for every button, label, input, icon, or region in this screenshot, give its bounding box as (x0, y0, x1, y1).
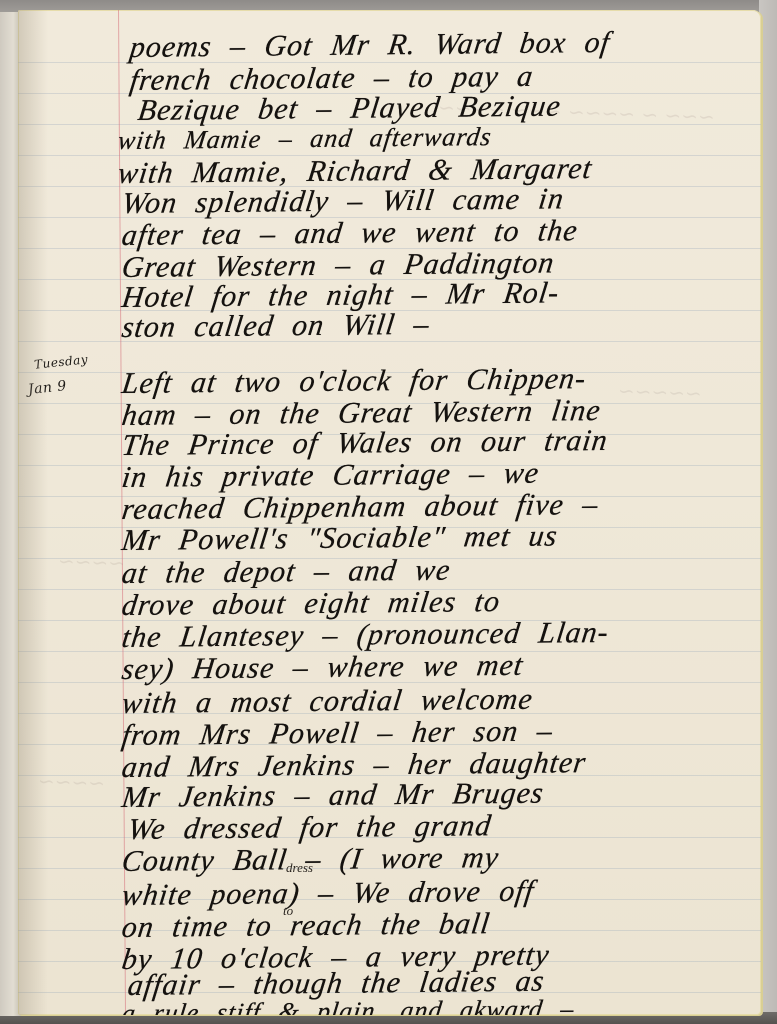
bleed-through-text: ~~~~ (38, 769, 106, 795)
handwritten-line: sey) House – where we met (120, 647, 744, 686)
handwritten-line: poems – Got Mr R. Ward box of (128, 25, 752, 64)
margin-date: Jan 9 (27, 378, 67, 398)
handwritten-line: ston called on Will – (120, 305, 744, 344)
diary-page: ~~~ ~ ~~~~ ~~~ ~~~~ ~~~~~ ~~~~ ~~~~ Tues… (18, 10, 761, 1015)
bleed-through-text: ~~~~ (58, 549, 126, 575)
margin-day: Tuesday (33, 352, 88, 372)
interlinear-insert: to (283, 903, 293, 919)
handwritten-line: Mr Powell's "Sociable" met us (120, 518, 744, 557)
handwritten-line: County Ball – (I wore my (120, 839, 744, 878)
handwritten-line: with Mamie – and afterwards (116, 118, 740, 157)
interlinear-insert: dress (286, 860, 313, 876)
background-right (759, 0, 777, 1024)
